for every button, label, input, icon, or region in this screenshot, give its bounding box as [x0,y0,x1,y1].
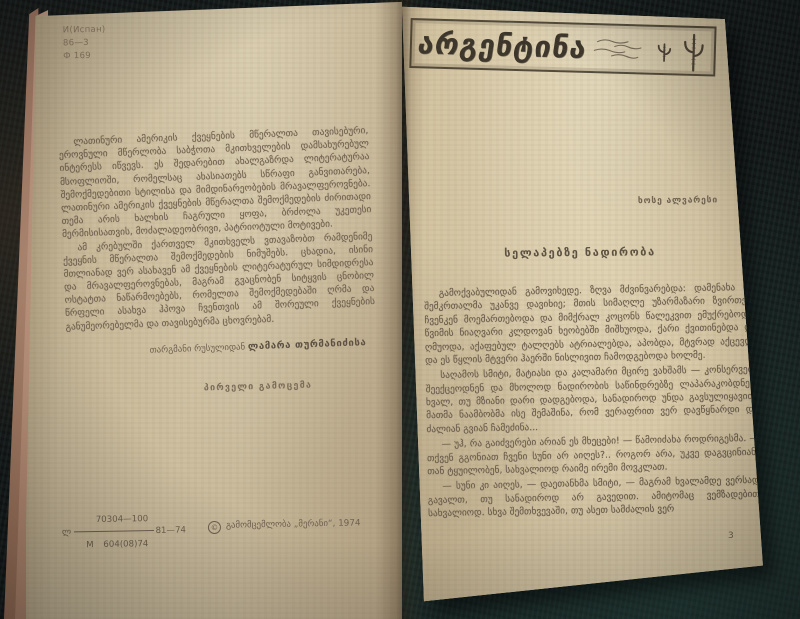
print-code-bottom: М 604(08)74 [62,537,186,552]
story-paragraph: — უჰ, რა გაიძვერები არიან ეს მხეცები! — … [427,432,760,478]
print-code-prefix: ლ [62,527,71,540]
translator-prefix: თარგმანი რუსულიდან [149,342,248,355]
print-codes: 70304—100 ლ 81—74 М 604(08)74 [62,512,187,552]
story-paragraph: საღამოს სმიტი, მატიასი და კალამარი მცირე… [425,363,758,436]
classification-line: И(Испан) [63,24,106,38]
cactus-small-icon [655,34,675,67]
intro-paragraph: ლათინური ამერიკის ქვეყნების მწერალთა თავ… [58,124,372,241]
story-paragraph: გამოქვაბულიდან გამოვიხედე. ზღვა მძვინვარ… [424,281,757,368]
print-code-middle: ლ 81—74 [62,525,186,540]
copyright-text: გამომცემლობა „მერანი“, 1974 [226,518,361,530]
translator-name: ლამარა თურმანიძისა [248,337,367,352]
book-photo: И(Испан) 86—3 Ф 169 ლათინური ამერიკის ქვ… [0,0,800,619]
introduction-text: ლათინური ამერიკის ქვეყნების მწერალთა თავ… [58,124,375,334]
edition-line: პირველი გამოცემა [138,379,378,395]
story-text: გამოქვაბულიდან გამოვიხედე. ზღვა მძვინვარ… [424,281,760,523]
story-paragraph: — სუნი კი აიღეს, — დაეთანხმა სმიტი, — მა… [427,474,760,520]
scribble-marks-icon [592,31,650,67]
right-page: არგენტინა [398,0,764,616]
library-classification: И(Испан) 86—3 Ф 169 [63,24,106,64]
page-number: 3 [728,531,734,541]
print-code-rule [74,530,153,532]
translator-line: თარგმანი რუსულიდან ლამარა თურმანიძისა [138,337,378,356]
imprint-block: 70304—100 ლ 81—74 М 604(08)74 ©გამომცემლ… [62,509,363,552]
copyright-line: ©გამომცემლობა „მერანი“, 1974 [208,518,361,549]
classification-line: Ф 169 [63,50,106,64]
story-title: სელაპებზე ნადირობა [470,245,690,260]
print-code-suffix: 81—74 [155,525,186,538]
masthead-title: არგენტინა [415,26,589,65]
classification-line: 86—3 [63,37,106,51]
masthead-banner: არგენტინა [409,18,716,77]
copyright-icon: © [208,521,221,534]
cactus-large-icon [679,23,708,80]
author-name: ხოსე ალვარესი [583,195,718,206]
left-page: И(Испан) 86—3 Ф 169 ლათინური ამერიკის ქვ… [26,0,402,619]
intro-paragraph: ამ კრებულში ქართველ მკითხველს ვთავაზობთ … [62,230,375,334]
right-page-wrap: არგენტინა [398,0,764,616]
